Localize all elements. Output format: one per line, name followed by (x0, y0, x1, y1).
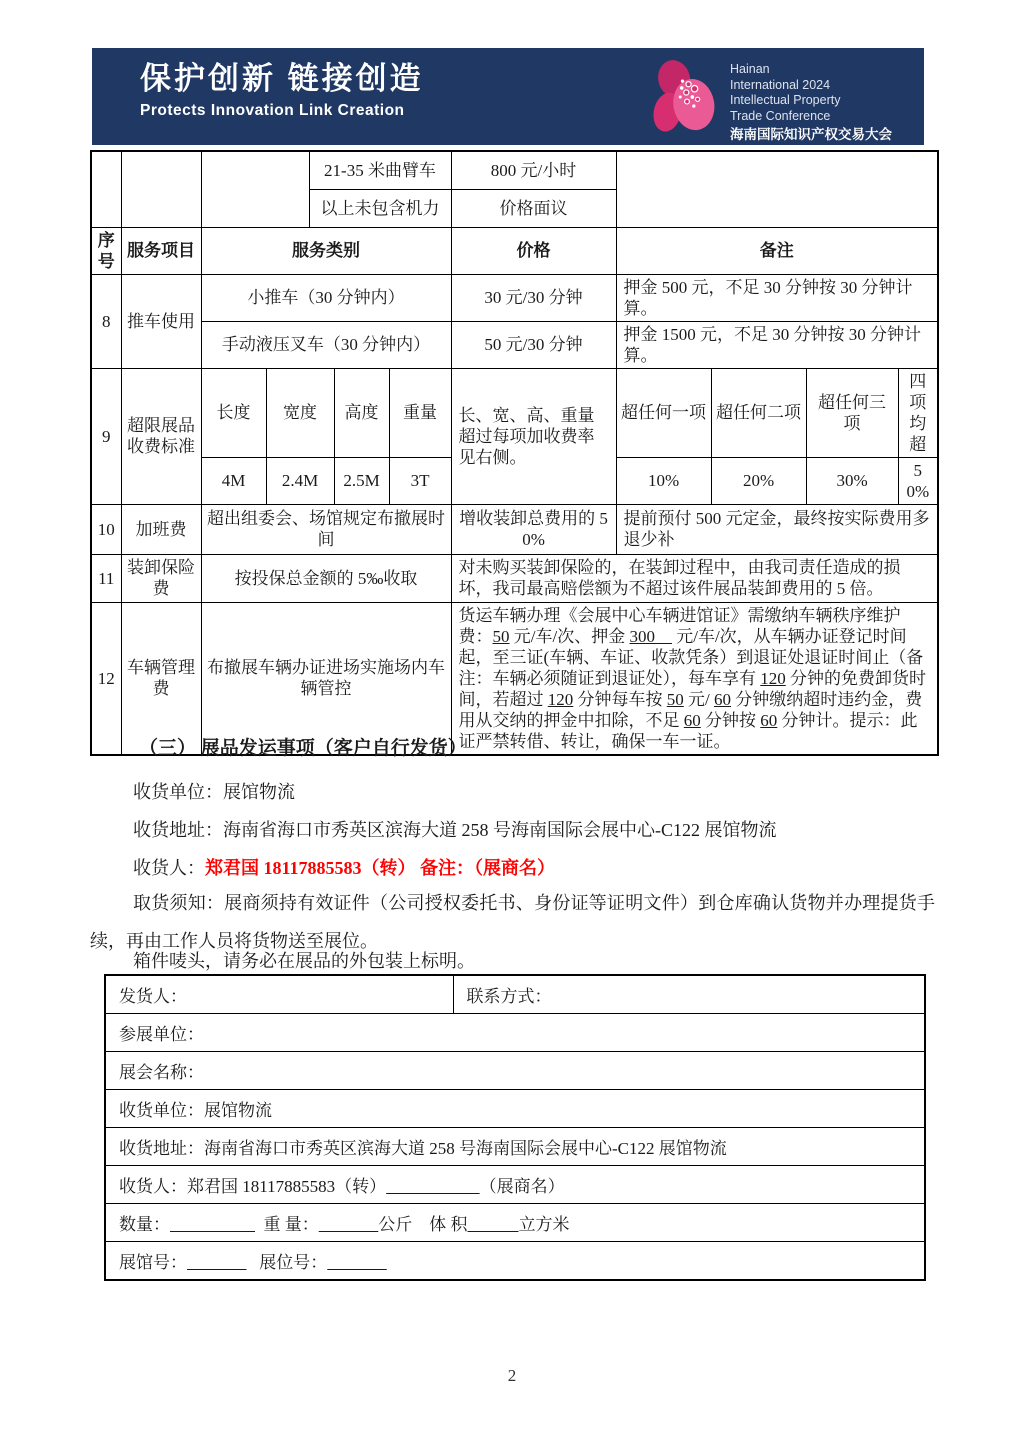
conference-logo: Hainan International 2024 Intellectual P… (650, 57, 892, 143)
form-hall-booth-cell: 展馆号： 展位号： (105, 1242, 925, 1281)
carry-price-2: 价格面议 (451, 189, 616, 227)
row8-category-1: 小推车（30 分钟内） (201, 274, 451, 321)
form-consignee-name-cell: 收货人：郑君国 18117885583（转） （展商名） (105, 1166, 925, 1204)
row8-seq: 8 (91, 274, 121, 368)
row8-remark-2: 押金 1500 元，不足 30 分钟按 30 分钟计算。 (616, 321, 938, 368)
form-shipper-cell: 发货人： (105, 975, 453, 1014)
row9-dim-width: 宽度 (266, 368, 334, 457)
flower-logo-icon (650, 57, 718, 137)
row12-seq: 12 (91, 602, 121, 755)
document-page: 保护创新 链接创造 Protects Innovation Link Creat… (0, 0, 1024, 1448)
row9-over3-header: 超任何三项 (806, 368, 898, 457)
carry-subcat-empty-cell (201, 151, 309, 227)
row9-seq: 9 (91, 368, 121, 504)
row12-category: 布撤展车辆办证进场实施场内车辆管控 (201, 602, 451, 755)
logo-line: Hainan (730, 62, 892, 78)
carry-remark-empty-cell (616, 151, 938, 227)
consignee-name-line: 收货人：郑君国 18117885583（转） 备注：（展商名） (133, 856, 555, 880)
row9-dim-height: 高度 (334, 368, 389, 457)
header-item: 服务项目 (121, 227, 201, 274)
row8-remark-1: 押金 500 元，不足 30 分钟按 30 分钟计算。 (616, 274, 938, 321)
row11-remark: 对未购买装卸保险的，在装卸过程中，由我司责任造成的损坏，我司最高赔偿额为不超过该… (451, 554, 938, 602)
carry-category-2: 以上未包含机力 (309, 189, 451, 227)
row11-item: 装卸保险费 (121, 554, 201, 602)
row9-over1-rate: 10% (616, 457, 711, 504)
row9-over4-rate: 50% (898, 457, 938, 504)
row9-val-width: 2.4M (266, 457, 334, 504)
logo-text: Hainan International 2024 Intellectual P… (730, 62, 892, 143)
row12-item: 车辆管理费 (121, 602, 201, 755)
row11-seq: 11 (91, 554, 121, 602)
row8-price-2: 50 元/30 分钟 (451, 321, 616, 368)
logo-line: Trade Conference (730, 109, 892, 125)
carry-price-1: 800 元/小时 (451, 151, 616, 189)
form-exhibition-name-cell: 展会名称： (105, 1052, 925, 1090)
row9-dim-weight: 重量 (389, 368, 451, 457)
row9-val-weight: 3T (389, 457, 451, 504)
row9-over2-rate: 20% (711, 457, 806, 504)
row10-category: 超出组委会、场馆规定布撤展时间 (201, 504, 451, 554)
header-price: 价格 (451, 227, 616, 274)
row9-val-length: 4M (201, 457, 266, 504)
row10-price: 增收装卸总费用的 50% (451, 504, 616, 554)
consignee-unit-line: 收货单位：展馆物流 (133, 780, 295, 804)
logo-line: International 2024 (730, 78, 892, 94)
shipping-form-table: 发货人： 联系方式： 参展单位： 展会名称： 收货单位：展馆物流 收货地址：海南… (104, 974, 926, 1281)
row10-item: 加班费 (121, 504, 201, 554)
slogan-zh: 保护创新 链接创造 (140, 61, 424, 97)
form-consignee-address-cell: 收货地址：海南省海口市秀英区滨海大道 258 号海南国际会展中心-C122 展馆… (105, 1128, 925, 1166)
consignee-address-line: 收货地址：海南省海口市秀英区滨海大道 258 号海南国际会展中心-C122 展馆… (133, 818, 777, 842)
banner-slogan: 保护创新 链接创造 Protects Innovation Link Creat… (140, 61, 424, 120)
logo-line: Intellectual Property (730, 93, 892, 109)
section3-title: （三） 展品发运事项（客户自行发货） (139, 737, 467, 761)
conference-banner: 保护创新 链接创造 Protects Innovation Link Creat… (92, 48, 924, 145)
row11-category: 按投保总金额的 5‰收取 (201, 554, 451, 602)
carry-item-cell (121, 151, 201, 227)
header-seq: 序号 (91, 227, 121, 274)
slogan-en: Protects Innovation Link Creation (140, 102, 424, 120)
row9-note: 长、宽、高、重量超过每项加收费率见右侧。 (451, 368, 616, 504)
header-remark: 备注 (616, 227, 938, 274)
row8-category-2: 手动液压叉车（30 分钟内） (201, 321, 451, 368)
row9-over3-rate: 30% (806, 457, 898, 504)
row9-over1-header: 超任何一项 (616, 368, 711, 457)
row9-item: 超限展品收费标准 (121, 368, 201, 504)
carry-seq-cell (91, 151, 121, 227)
service-price-table: 21-35 米曲臂车 800 元/小时 以上未包含机力 价格面议 序号 服务项目… (90, 150, 939, 756)
row9-over4-header: 四项均超 (898, 368, 938, 457)
page-number: 2 (0, 1366, 1024, 1386)
header-category: 服务类别 (201, 227, 451, 274)
carry-category-1: 21-35 米曲臂车 (309, 151, 451, 189)
row9-dim-length: 长度 (201, 368, 266, 457)
form-contact-cell: 联系方式： (453, 975, 925, 1014)
form-exhibitor-cell: 参展单位： (105, 1014, 925, 1052)
row8-price-1: 30 元/30 分钟 (451, 274, 616, 321)
form-quantity-weight-volume-cell: 数量： 重 量： 公斤 体 积 立方米 (105, 1204, 925, 1242)
row12-remark: 货运车辆办理《会展中心车辆进馆证》需缴纳车辆秩序维护费：50 元/车/次、押金 … (451, 602, 938, 755)
case-marks-line: 箱件唛头，请务必在展品的外包装上标明。 (133, 949, 475, 973)
logo-zh: 海南国际知识产权交易大会 (730, 126, 892, 143)
row9-over2-header: 超任何二项 (711, 368, 806, 457)
row10-seq: 10 (91, 504, 121, 554)
row9-val-height: 2.5M (334, 457, 389, 504)
row8-item: 推车使用 (121, 274, 201, 368)
form-consignee-unit-cell: 收货单位：展馆物流 (105, 1090, 925, 1128)
row10-remark: 提前预付 500 元定金，最终按实际费用多退少补 (616, 504, 938, 554)
